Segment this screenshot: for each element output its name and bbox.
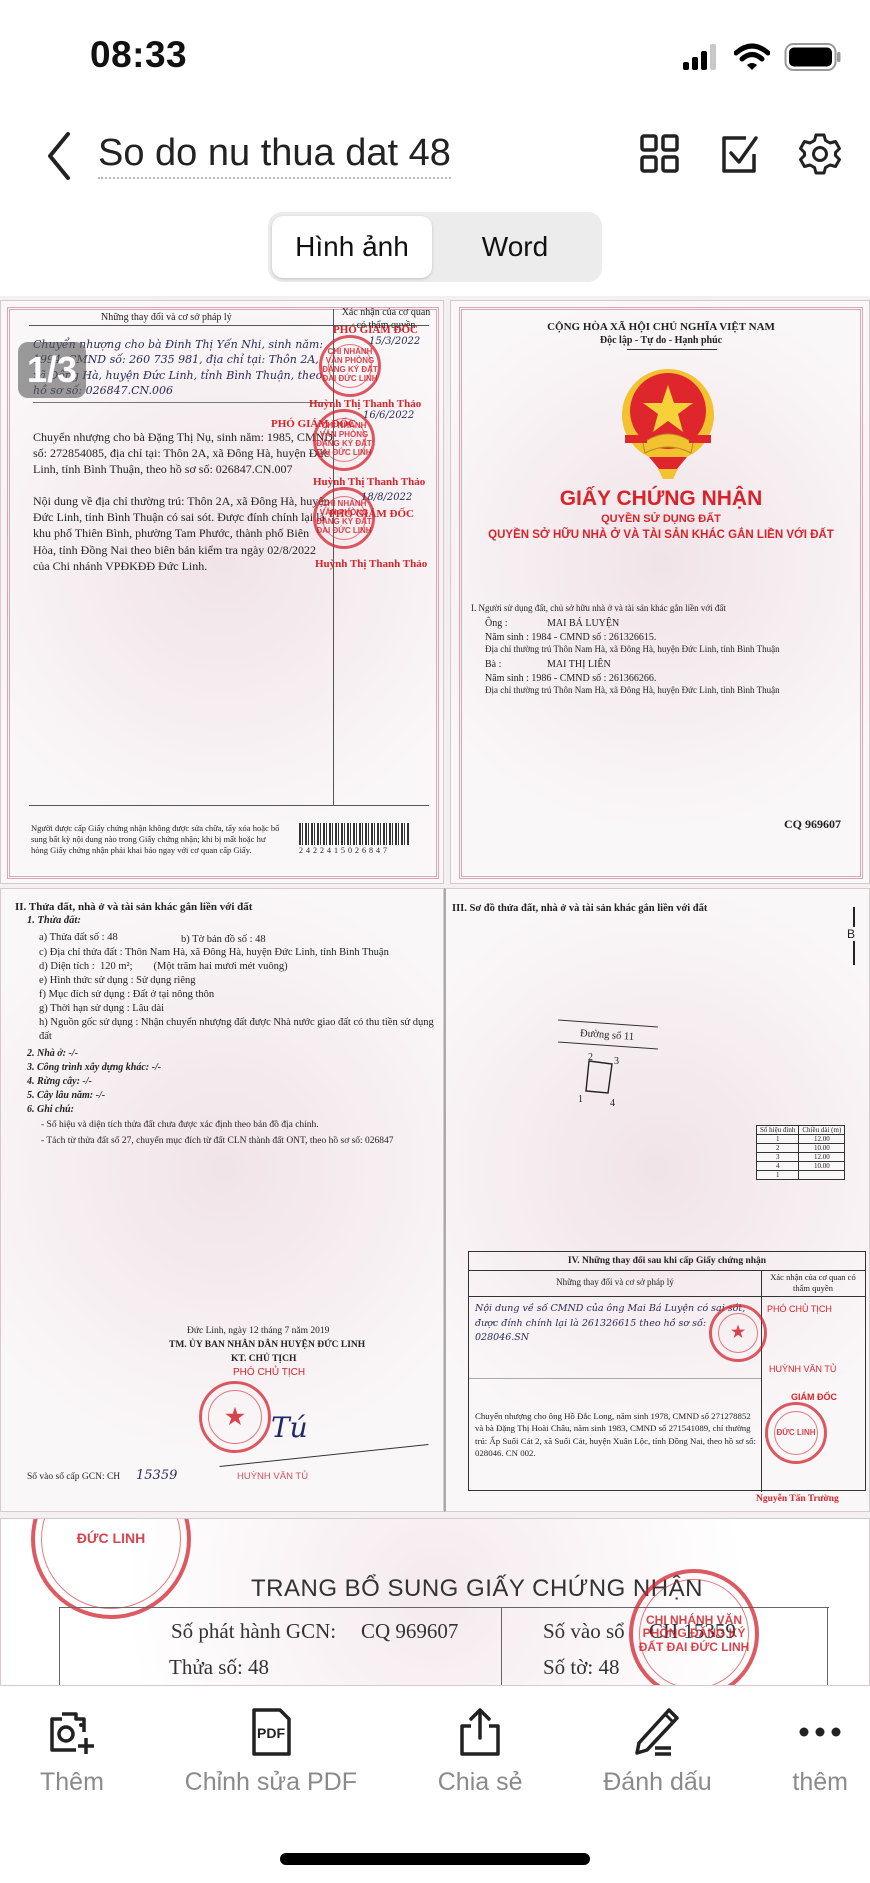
more-icon	[794, 1706, 846, 1758]
section-heading: I. Người sử dụng đất, chủ sở hữu nhà ở v…	[471, 603, 726, 615]
motto: Độc lập - Tự do - Hạnh phúc	[451, 335, 870, 346]
page-2-left: II. Thửa đất, nhà ở và tài sản khác gắn …	[0, 888, 444, 1512]
tool-label: Thêm	[40, 1768, 104, 1797]
grid-icon[interactable]	[638, 132, 682, 176]
certificate-subtitle: QUYỀN SỞ HỮU NHÀ Ở VÀ TÀI SẢN KHÁC GẮN L…	[451, 529, 870, 541]
official-stamp: CHI NHÁNH VĂN PHÒNG ĐĂNG KÝ ĐẤT ĐAI ĐỨC …	[629, 1569, 759, 1686]
perennial-item: 5. Cây lâu năm: -/-	[27, 1089, 105, 1103]
owner-label: Ông :	[485, 617, 508, 630]
table-header: Chiều dài (m)	[799, 1126, 845, 1135]
parcel-number: Thửa số: 48	[169, 1655, 269, 1680]
nav-bar: So do nu thua dat 48	[0, 120, 870, 190]
tab-image[interactable]: Hình ảnh	[272, 216, 432, 278]
register-label: Số vào sổ cấp GCN: CH	[27, 1471, 120, 1484]
svg-text:PDF: PDF	[257, 1725, 285, 1741]
view-toggle: Hình ảnh Word	[268, 212, 602, 282]
table-header: Số hiệu đỉnh	[757, 1126, 799, 1135]
owner-address: Địa chỉ thường trú Thôn Nam Hà, xã Đông …	[485, 685, 780, 697]
edit-pdf-button[interactable]: PDF Chỉnh sửa PDF	[185, 1686, 357, 1806]
tool-label: Chia sẻ	[438, 1768, 523, 1797]
tool-label: thêm	[792, 1768, 848, 1797]
pdf-edit-icon: PDF	[245, 1706, 297, 1758]
signer-name: Nguyễn Tấn Trường	[756, 1493, 839, 1505]
vertex-label: 1	[578, 1093, 583, 1106]
date: 15/3/2022	[369, 335, 420, 349]
usage-origin: h) Nguồn gốc sử dụng : Nhận chuyển nhượn…	[39, 1016, 434, 1044]
notes-heading: 6. Ghi chú:	[27, 1103, 74, 1117]
owner-name: MAI THỊ LIÊN	[547, 658, 611, 671]
national-emblem-icon	[613, 365, 723, 481]
signature: Tú	[271, 1409, 308, 1447]
add-photo-button[interactable]: Thêm	[40, 1686, 104, 1806]
other-construction-item: 3. Công trình xây dựng khác: -/-	[27, 1061, 161, 1075]
document-title[interactable]: So do nu thua dat 48	[98, 132, 451, 179]
owner-label: Bà :	[485, 658, 501, 671]
chevron-left-icon[interactable]	[42, 130, 78, 182]
signer-name: HUỲNH VĂN TỦ	[769, 1364, 836, 1376]
signer-title: PHÓ GIÁM ĐỐC	[271, 417, 356, 432]
issuing-authority: TM. ỦY BAN NHÂN DÂN HUYỆN ĐỨC LINH	[169, 1339, 365, 1352]
bottom-toolbar: Thêm PDF Chỉnh sửa PDF Chia sẻ Đánh dấu …	[0, 1686, 870, 1806]
section-heading: IV. Những thay đổi sau khi cấp Giấy chứn…	[469, 1255, 865, 1268]
official-stamp: ★	[199, 1381, 271, 1453]
clock: 08:33	[90, 34, 187, 76]
issue-number: CQ 969607	[361, 1619, 458, 1644]
parcel-area: d) Diện tích : 120 m²; (Một trăm hai mươ…	[39, 960, 288, 974]
barcode	[299, 823, 409, 845]
register-number: 15359	[136, 1467, 177, 1485]
share-button[interactable]: Chia sẻ	[438, 1686, 523, 1806]
house-item: 2. Nhà ở: -/-	[27, 1047, 78, 1061]
north-label: B	[847, 927, 855, 941]
signer-title: PHÓ GIÁM ĐỐC	[329, 507, 414, 522]
note: - Tách từ thửa đất số 27, chuyển mục đíc…	[41, 1135, 394, 1148]
usage-form: e) Hình thức sử dụng : Sử dụng riêng	[39, 974, 195, 988]
owner-birth: Năm sinh : 1986 - CMND số : 261366266.	[485, 672, 656, 685]
tab-word[interactable]: Word	[432, 216, 598, 278]
serial-number: CQ 969607	[784, 817, 841, 832]
status-bar: 08:33	[0, 0, 870, 110]
vertex-label: 2	[588, 1051, 593, 1064]
owner-name: MAI BÁ LUYỆN	[547, 617, 619, 630]
certificate-subtitle: QUYỀN SỬ DỤNG ĐẤT	[451, 513, 870, 525]
usage-purpose: f) Mục đích sử dụng : Đất ở tại nông thô…	[39, 988, 214, 1002]
changes-table: IV. Những thay đổi sau khi cấp Giấy chứn…	[468, 1251, 866, 1491]
transfer-entry: Chuyển nhượng cho bà Đặng Thị Nụ, sinh n…	[33, 429, 333, 478]
transfer-entry: Chuyển nhượng cho ông Hồ Đắc Long, năm s…	[475, 1410, 757, 1459]
section-heading: III. Sơ đồ thửa đất, nhà ở và tài sản kh…	[452, 903, 707, 914]
page-3: ĐỨC LINH TRANG BỔ SUNG GIẤY CHỨNG NHẬN S…	[0, 1518, 870, 1686]
parcel-diagram	[558, 1051, 638, 1121]
forest-item: 4. Rừng cây: -/-	[27, 1075, 92, 1089]
status-icons	[682, 42, 842, 72]
table-row: 410.00	[757, 1162, 845, 1171]
pen-markup-icon	[631, 1706, 683, 1758]
register-label: Số vào sổ	[543, 1619, 625, 1644]
issue-number-label: Số phát hành GCN:	[171, 1619, 336, 1644]
road-label: Đường số 11	[580, 1027, 635, 1045]
page-counter: 1/3	[18, 342, 86, 398]
owner-birth: Năm sinh : 1984 - CMND số : 261326615.	[485, 631, 656, 644]
changes-column-header: Những thay đổi và cơ sở pháp lý	[469, 1277, 761, 1289]
table-row: 210.00	[757, 1144, 845, 1153]
table-row: 312.00	[757, 1153, 845, 1162]
signer-name: HUỲNH VĂN TỦ	[237, 1471, 308, 1484]
tool-label: Đánh dấu	[603, 1768, 711, 1797]
parcel-address: c) Địa chỉ thửa đất : Thôn Nam Hà, xã Đô…	[39, 946, 389, 960]
owner-address: Địa chỉ thường trú Thôn Nam Hà, xã Đông …	[485, 644, 780, 656]
camera-add-icon	[46, 1706, 98, 1758]
footer-notice: Người được cấp Giấy chứng nhận không đượ…	[31, 823, 281, 856]
map-sheet-number: Số tờ: 48	[543, 1655, 619, 1680]
authority-role: PHÓ CHỦ TỊCH	[233, 1366, 305, 1380]
changes-column-header: Những thay đổi và cơ sở pháp lý	[101, 311, 232, 324]
more-button[interactable]: thêm	[792, 1686, 848, 1806]
nav-actions	[638, 132, 842, 176]
home-indicator[interactable]	[280, 1853, 590, 1865]
issue-date: Đức Linh, ngày 12 tháng 7 năm 2019	[187, 1325, 329, 1338]
table-row: 112.00	[757, 1135, 845, 1144]
cellular-signal-icon	[682, 43, 720, 71]
correction-entry: Nội dung về địa chỉ thường trú: Thôn 2A,…	[33, 493, 333, 574]
signer-name: Huỳnh Thị Thanh Thảo	[313, 475, 425, 490]
signer-title: PHÓ CHỦ TỊCH	[767, 1304, 832, 1316]
authority-role: KT. CHỦ TỊCH	[231, 1353, 296, 1366]
official-stamp: ★	[709, 1304, 767, 1362]
certificate-title: GIẤY CHỨNG NHẬN	[451, 487, 870, 511]
barcode-number: 2 4 2 2 4 1 5 0 2 6 8 4 7	[299, 846, 388, 856]
parcel-number: a) Thửa đất số : 48	[39, 931, 118, 945]
edge-length-table: Số hiệu đỉnhChiều dài (m) 112.00 210.00 …	[756, 1125, 845, 1180]
date: 18/8/2022	[361, 491, 412, 505]
official-stamp: ĐỨC LINH	[31, 1518, 191, 1619]
page-1-right: CỘNG HÒA XÃ HỘI CHỦ NGHĨA VIỆT NAM Độc l…	[450, 300, 870, 884]
usage-term: g) Thời hạn sử dụng : Lâu dài	[39, 1002, 164, 1016]
checkbox-icon[interactable]	[718, 132, 762, 176]
document-viewer[interactable]: 1/3 Những thay đổi và cơ sở pháp lý Xác …	[0, 296, 870, 1686]
official-stamp: ĐỨC LINH	[765, 1402, 827, 1464]
nation-header: CỘNG HÒA XÃ HỘI CHỦ NGHĨA VIỆT NAM	[451, 321, 870, 333]
subsection-heading: 1. Thửa đất:	[27, 915, 81, 926]
confirm-column-header: Xác nhận của cơ quan có thẩm quyền	[765, 1272, 861, 1294]
share-icon	[454, 1706, 506, 1758]
tool-label: Chỉnh sửa PDF	[185, 1768, 357, 1797]
wifi-icon	[734, 43, 770, 71]
note: - Số hiệu và diện tích thửa đất chưa đượ…	[41, 1119, 319, 1132]
vertex-label: 3	[614, 1055, 619, 1068]
battery-icon	[784, 42, 842, 72]
vertex-label: 4	[610, 1097, 615, 1110]
table-row: 1	[757, 1171, 845, 1180]
markup-button[interactable]: Đánh dấu	[603, 1686, 711, 1806]
page-2-right: III. Sơ đồ thửa đất, nhà ở và tài sản kh…	[444, 888, 870, 1512]
date: 16/6/2022	[363, 409, 414, 423]
gear-icon[interactable]	[798, 132, 842, 176]
section-heading: II. Thửa đất, nhà ở và tài sản khác gắn …	[15, 901, 252, 913]
signer-name: Huỳnh Thị Thanh Thảo	[315, 557, 427, 572]
supplement-title: TRANG BỔ SUNG GIẤY CHỨNG NHẬN	[251, 1575, 703, 1603]
